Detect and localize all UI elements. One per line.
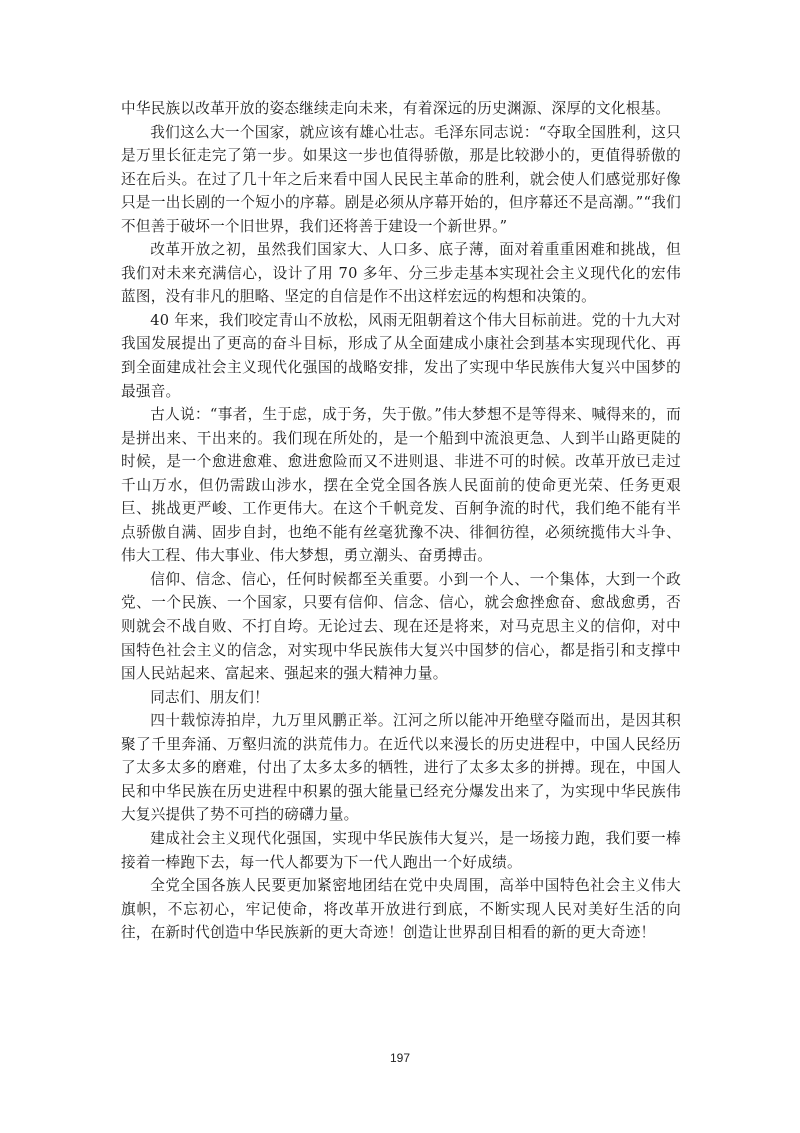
paragraph-faith-belief-confidence: 信仰、信念、信心，任何时候都至关重要。小到一个人、一个集体，大到一个政党、一个民… bbox=[121, 568, 681, 686]
document-body: 中华民族以改革开放的姿态继续走向未来，有着深远的历史渊源、深厚的文化根基。 我们… bbox=[121, 97, 681, 945]
paragraph-forty-years: 40 年来，我们咬定青山不放松，风雨无阻朝着这个伟大目标前进。党的十九大对我国发… bbox=[121, 309, 681, 403]
paragraph-forty-years-waves: 四十载惊涛拍岸，九万里风鹏正举。江河之所以能冲开绝壁夺隘而出，是因其积聚了千里奔… bbox=[121, 709, 681, 827]
paragraph-continuation: 中华民族以改革开放的姿态继续走向未来，有着深远的历史渊源、深厚的文化根基。 bbox=[121, 97, 681, 121]
paragraph-relay-race: 建成社会主义现代化强国，实现中华民族伟大复兴，是一场接力跑，我们要一棒接着一棒跑… bbox=[121, 827, 681, 874]
paragraph-ancient-saying: 古人说：“事者，生于虑，成于务，失于傲。”伟大梦想不是等得来、喊得来的，而是拼出… bbox=[121, 403, 681, 568]
paragraph-closing-call: 全党全国各族人民要更加紧密地团结在党中央周围，高举中国特色社会主义伟大旗帜，不忘… bbox=[121, 874, 681, 945]
paragraph-salutation: 同志们、朋友们！ bbox=[121, 686, 681, 710]
page-number: 197 bbox=[0, 1051, 800, 1065]
paragraph-mao-quote: 我们这么大一个国家，就应该有雄心壮志。毛泽东同志说：“夺取全国胜利，这只是万里长… bbox=[121, 121, 681, 239]
paragraph-early-reform: 改革开放之初，虽然我们国家大、人口多、底子薄，面对着重重困难和挑战，但我们对未来… bbox=[121, 238, 681, 309]
